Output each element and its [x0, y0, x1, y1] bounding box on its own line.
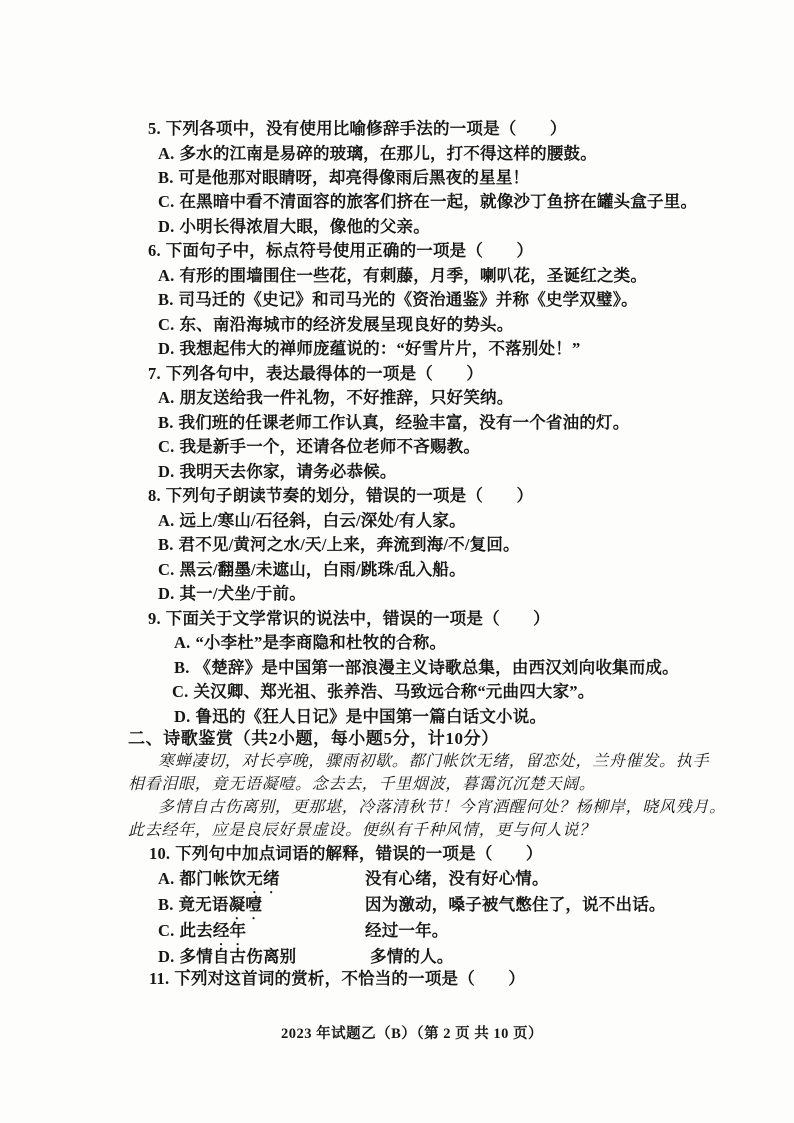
phrase-emphasized: 经年	[213, 921, 246, 940]
option-label: D.	[158, 460, 174, 483]
option-row: B.我们班的任课老师工作认真，经验丰富，没有一个省油的灯。	[158, 411, 629, 434]
question-stem: 下列各句中，表达最得体的一项是（ ）	[166, 364, 483, 383]
option-meaning: 没有心绪，没有好心情。	[365, 867, 549, 890]
option-meaning: 经过一年。	[365, 919, 449, 942]
section-title: 二、诗歌鉴赏（共2小题，每小题5分，计10分）	[128, 727, 499, 750]
option-label: D.	[158, 945, 174, 968]
option-row: C.黑云/翻墨/未遮山，白雨/跳珠/乱入船。	[158, 558, 466, 581]
option-label: A.	[158, 386, 174, 409]
option-label: B.	[174, 656, 190, 679]
option-text: 多水的江南是易碎的玻璃，在那儿，打不得这样的腰鼓。	[179, 144, 597, 163]
question-number: 5.	[148, 117, 161, 140]
option-row: A.“小李杜”是李商隐和杜牧的合称。	[174, 631, 446, 654]
option-label: D.	[174, 705, 190, 728]
option-text: 司马迁的《史记》和司马光的《资治通鉴》并称《史学双璧》。	[179, 290, 638, 309]
option-row: A.有形的围墙围住一些花，有刺藤，月季，喇叭花，圣诞红之类。	[158, 264, 647, 287]
poem-line: 多情自古伤离别，更那堪，冷落清秋节！今宵酒醒何处？杨柳岸，晓风残月。	[158, 796, 726, 819]
question-number: 11.	[149, 967, 169, 990]
question-number: 6.	[148, 239, 161, 262]
question-stem: 下列句子朗读节奏的划分，错误的一项是（ ）	[166, 486, 533, 505]
option-row: C.我是新手一个，还请各位老师不吝赐教。	[158, 435, 480, 458]
question-stem: 下列对这首词的赏析，不恰当的一项是（ ）	[174, 969, 525, 988]
option-text: “小李杜”是李商隐和杜牧的合称。	[195, 633, 446, 652]
option-text: 我明天去你家，请务必恭候。	[179, 462, 396, 481]
option-label: C.	[158, 919, 174, 942]
question-stem: 下列句中加点词语的解释，错误的一项是（ ）	[175, 844, 542, 863]
option-text: 黑云/翻墨/未遮山，白雨/跳珠/乱入船。	[179, 560, 465, 579]
question-10: 10.下列句中加点词语的解释，错误的一项是（ ）	[149, 842, 543, 865]
option-text: 关汉卿、郑光祖、张养浩、马致远合称“元曲四大家”。	[193, 682, 594, 701]
option-row: A.朋友送给我一件礼物，不好推辞，只好笑纳。	[158, 386, 513, 409]
option-text: 我们班的任课老师工作认真，经验丰富，没有一个省油的灯。	[179, 413, 630, 432]
question-stem: 下面关于文学常识的说法中，错误的一项是（ ）	[166, 609, 550, 628]
question-stem: 下列各项中，没有使用比喻修辞手法的一项是（ ）	[166, 119, 567, 138]
option-row: B.《楚辞》是中国第一部浪漫主义诗歌总集，由西汉刘向收集而成。	[174, 656, 679, 679]
option-row: D.鲁迅的《狂人日记》是中国第一篇白话文小说。	[174, 705, 546, 728]
option-label: C.	[158, 558, 174, 581]
option-label: B.	[158, 288, 174, 311]
option-row: A.多水的江南是易碎的玻璃，在那儿，打不得这样的腰鼓。	[158, 142, 597, 165]
option-row: C.东、南沿海城市的经济发展呈现良好的势头。	[158, 313, 513, 336]
option-label: A.	[158, 509, 174, 532]
option-text: 在黑暗中看不清面容的旅客们挤在一起，就像沙丁鱼挤在罐头盒子里。	[179, 192, 697, 211]
option-row: C.关汉卿、郑光祖、张养浩、马致远合称“元曲四大家”。	[172, 680, 594, 703]
option-row: D.我明天去你家，请务必恭候。	[158, 460, 397, 483]
question-9: 9.下面关于文学常识的说法中，错误的一项是（ ）	[148, 607, 550, 630]
option-text: 小明长得浓眉大眼，像他的父亲。	[179, 217, 430, 236]
option-text: 有形的围墙围住一些花，有刺藤，月季，喇叭花，圣诞红之类。	[179, 266, 647, 285]
option-row: D.小明长得浓眉大眼，像他的父亲。	[158, 215, 430, 238]
question-number: 7.	[148, 362, 161, 385]
phrase-emphasized: 多情	[179, 947, 212, 966]
option-text: 我想起伟大的禅师庞蕴说的：“好雪片片，不落别处！”	[179, 339, 580, 358]
option-text: 东、南沿海城市的经济发展呈现良好的势头。	[179, 315, 513, 334]
phrase-plain: 竟无语	[179, 895, 229, 914]
option-label: D.	[158, 215, 174, 238]
option-label: C.	[172, 680, 188, 703]
option-row: D.其一/犬坐/于前。	[158, 582, 306, 605]
option-label: A.	[158, 142, 174, 165]
option-label: C.	[158, 313, 174, 336]
option-text: 君不见/黄河之水/天/上来，奔流到海/不/复回。	[179, 535, 520, 554]
option-row: B.可是他那对眼睛呀，却亮得像雨后黑夜的星星！	[158, 166, 529, 189]
option-text: 我是新手一个，还请各位老师不吝赐教。	[179, 437, 480, 456]
option-label: D.	[158, 582, 174, 605]
phrase-plain: 自古伤离别	[213, 947, 297, 966]
option-label: C.	[158, 435, 174, 458]
question-5: 5.下列各项中，没有使用比喻修辞手法的一项是（ ）	[148, 117, 567, 140]
option-label: B.	[158, 411, 174, 434]
poem-line: 此去经年，应是良辰好景虚设。便纵有千种风情，更与何人说？	[128, 819, 596, 842]
question-number: 8.	[148, 484, 161, 507]
phrase-plain: 都门帐饮	[179, 869, 246, 888]
question-number: 10.	[149, 842, 170, 865]
exam-page: 5.下列各项中，没有使用比喻修辞手法的一项是（ ） A.多水的江南是易碎的玻璃，…	[0, 0, 794, 1123]
option-label: A.	[158, 264, 174, 287]
option-row: C.在黑暗中看不清面容的旅客们挤在一起，就像沙丁鱼挤在罐头盒子里。	[158, 190, 697, 213]
question-7: 7.下列各句中，表达最得体的一项是（ ）	[148, 362, 483, 385]
option-row: B.君不见/黄河之水/天/上来，奔流到海/不/复回。	[158, 533, 520, 556]
option-text: 远上/寒山/石径斜，白云/深处/有人家。	[179, 511, 465, 530]
option-text: 其一/犬坐/于前。	[179, 584, 305, 603]
option-row: D.我想起伟大的禅师庞蕴说的：“好雪片片，不落别处！”	[158, 337, 580, 360]
option-row: A.远上/寒山/石径斜，白云/深处/有人家。	[158, 509, 466, 532]
option-text: 可是他那对眼睛呀，却亮得像雨后黑夜的星星！	[179, 168, 530, 187]
phrase-emphasized: 凝噎	[229, 895, 262, 914]
option-label: B.	[158, 893, 174, 916]
option-meaning: 因为激动，嗓子被气憋住了，说不出话。	[365, 893, 666, 916]
option-label: B.	[158, 533, 174, 556]
option-text: 《楚辞》是中国第一部浪漫主义诗歌总集，由西汉刘向收集而成。	[195, 658, 679, 677]
option-label: B.	[158, 166, 174, 189]
phrase-plain: 此去	[179, 921, 212, 940]
option-text: 朋友送给我一件礼物，不好推辞，只好笑纳。	[179, 388, 513, 407]
option-label: A.	[174, 631, 190, 654]
option-text: 鲁迅的《狂人日记》是中国第一篇白话文小说。	[195, 707, 546, 726]
page-footer: 2023 年试题乙（B）（第 2 页 共 10 页）	[0, 1022, 794, 1043]
question-number: 9.	[148, 607, 161, 630]
poem-line: 相看泪眼，竟无语凝噎。念去去，千里烟波，暮霭沉沉楚天阔。	[128, 773, 596, 796]
option-row: B.司马迁的《史记》和司马光的《资治通鉴》并称《史学双璧》。	[158, 288, 638, 311]
phrase-emphasized: 无绪	[246, 869, 279, 888]
poem-line: 寒蝉凄切，对长亭晚，骤雨初歇。都门帐饮无绪，留恋处，兰舟催发。执手	[158, 750, 709, 773]
option-meaning: 多情的人。	[370, 945, 454, 968]
question-stem: 下面句子中，标点符号使用正确的一项是（ ）	[166, 241, 533, 260]
option-label: A.	[158, 867, 174, 890]
question-6: 6.下面句子中，标点符号使用正确的一项是（ ）	[148, 239, 533, 262]
question-11: 11.下列对这首词的赏析，不恰当的一项是（ ）	[149, 967, 525, 990]
question-8: 8.下列句子朗读节奏的划分，错误的一项是（ ）	[148, 484, 533, 507]
option-label: C.	[158, 190, 174, 213]
option-label: D.	[158, 337, 174, 360]
